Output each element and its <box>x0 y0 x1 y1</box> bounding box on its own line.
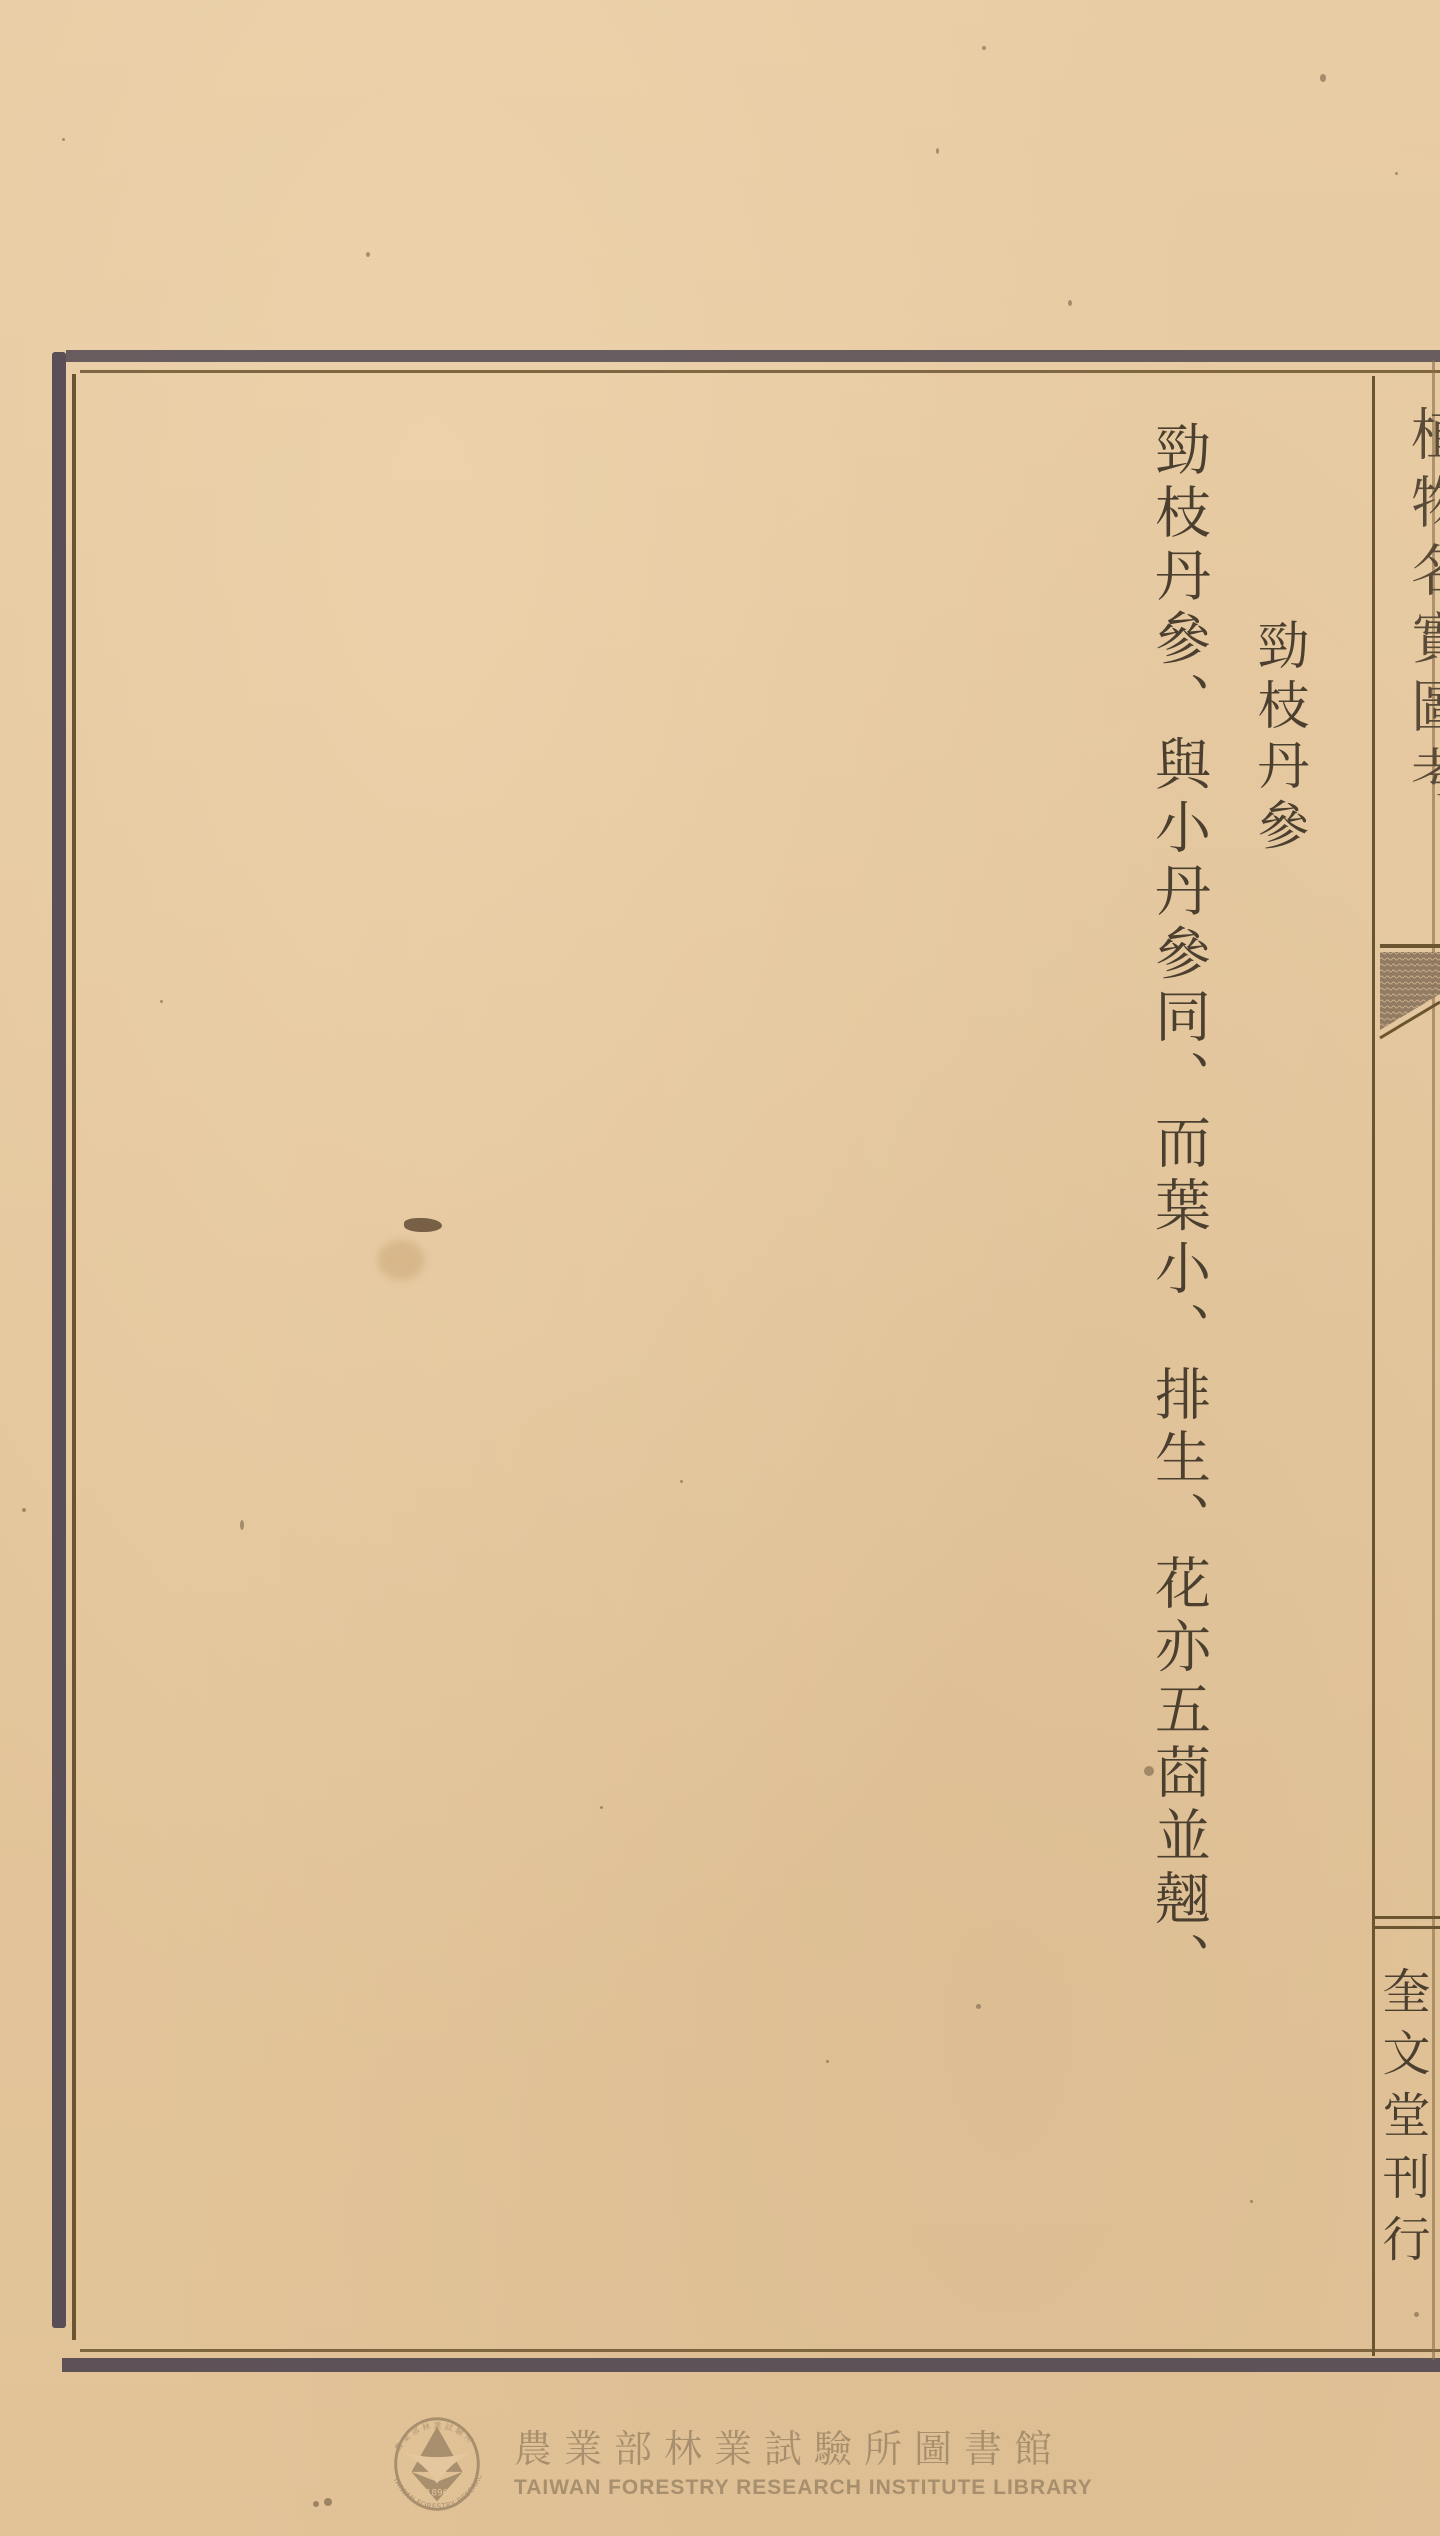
frame-outer-bottom-border <box>62 2358 1440 2372</box>
publisher-imprint: 奎文堂刊行 <box>1378 1966 1426 2276</box>
frame-outer-top-border <box>66 350 1440 362</box>
library-name-chinese: 農業部林業試驗所圖書館 <box>514 2429 1093 2471</box>
forestry-institute-logo-icon: 1896 TAIWAN FORESTRY RESEARCH INSTITUTE … <box>378 2405 496 2523</box>
ink-blot <box>404 1218 442 1232</box>
frame-inner-top-border <box>80 370 1440 373</box>
banxin-book-title: 植物名實圖考 <box>1380 405 1440 905</box>
decorative-dots <box>310 2496 350 2512</box>
library-watermark: 1896 TAIWAN FORESTRY RESEARCH INSTITUTE … <box>378 2402 1093 2526</box>
entry-body-text: 勁枝丹參、與小丹參同、而葉小、排生、花亦五莔並翹、 <box>1150 420 1206 1995</box>
library-name-english: TAIWAN FORESTRY RESEARCH INSTITUTE LIBRA… <box>514 2476 1093 2499</box>
water-stain <box>378 1240 424 1280</box>
frame-inner-bottom-border <box>80 2349 1440 2352</box>
frame-inner-left-border <box>72 374 76 2340</box>
entry-heading: 勁枝丹參 <box>1252 618 1304 858</box>
fish-tail-icon <box>1374 932 1440 1040</box>
publisher-rule-top <box>1374 1916 1440 1919</box>
svg-text:1896: 1896 <box>426 2488 449 2498</box>
frame-outer-left-border <box>52 352 66 2328</box>
publisher-rule-bottom <box>1374 1926 1440 1929</box>
book-title-text: 植物名實圖考 <box>1406 405 1440 813</box>
